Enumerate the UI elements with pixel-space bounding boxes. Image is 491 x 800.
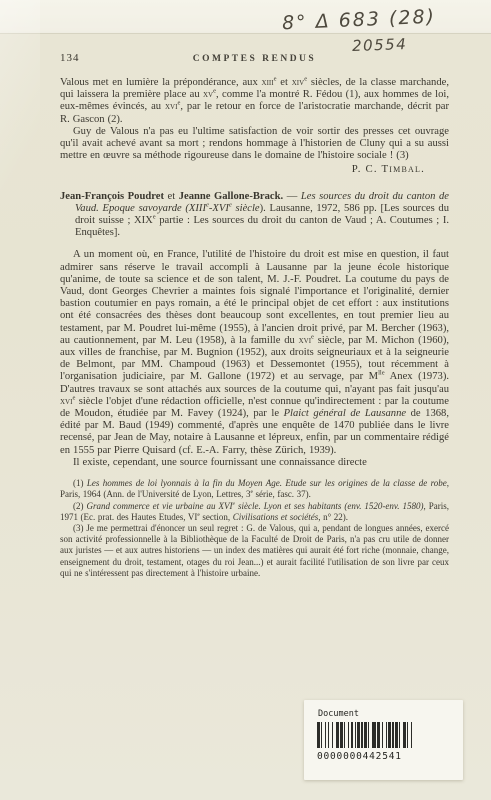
review-continuation-paragraph: Valous met en lumière la prépondérance, … [60,77,449,126]
book-review-heading: Jean-François Poudret et Jeanne Gallone-… [60,191,449,240]
scanned-journal-page: 8° Δ 683 (28) 20554 134 COMPTES RENDUS V… [0,0,491,800]
reviewer-signature: P. C. Timbal. [60,163,449,175]
book-review-body: A un moment où, en France, l'utilité de … [60,249,449,456]
book-review-body-last-line: Il existe, cependant, une source fournis… [60,457,449,469]
barcode-icon [317,722,441,748]
page-text-block: 134 COMPTES RENDUS Valous met en lumière… [60,52,449,579]
footnote-1: (1) Les hommes de loi lyonnais à la fin … [60,478,449,500]
review-closing-paragraph: Guy de Valous n'a pas eu l'ultime satisf… [60,126,449,163]
footnotes-block: (1) Les hommes de loi lyonnais à la fin … [60,478,449,579]
library-barcode-sticker: Document 0000000442541 [304,700,463,780]
footnote-3: (3) Je me permettrai d'énoncer un seul r… [60,523,449,579]
barcode-number: 0000000442541 [317,751,463,762]
page-header: 134 COMPTES RENDUS [60,52,449,64]
barcode-label-title: Document [318,709,463,719]
page-number: 134 [60,52,120,64]
footnote-2: (2) Grand commerce et vie urbaine au XVI… [60,501,449,523]
running-title: COMPTES RENDUS [120,54,389,64]
